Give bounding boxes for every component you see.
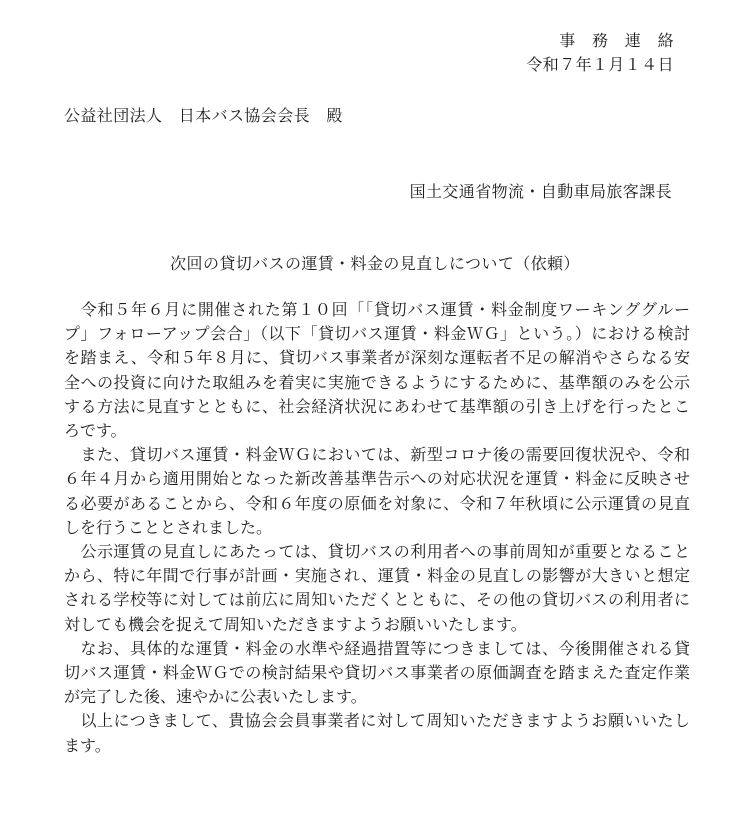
body-line: ろです。 [64,420,690,444]
body-paragraph: また、貸切バス運賃・料金ＷＧにおいては、新型コロナ後の需要回復状況や、令和６年４… [64,444,690,541]
body-line: 令和５年６月に開催された第１０回「「貸切バス運賃・料金制度ワーキンググルー [64,299,690,323]
body-paragraph: 以上につきまして、貴協会会員事業者に対して周知いただきますようお願いいたします。 [64,710,690,758]
body-paragraph: なお、具体的な運賃・料金の水準や経過措置等につきましては、今後開催される貸切バス… [64,638,690,711]
body-line: プ」フォローアップ会合」（以下「貸切バス運賃・料金ＷＧ」という。）における検討 [64,323,690,347]
body-line: なお、具体的な運賃・料金の水準や経過措置等につきましては、今後開催される貸 [64,638,690,662]
doc-date: 令和７年１月１４日 [526,54,674,78]
body-paragraph: 令和５年６月に開催された第１０回「「貸切バス運賃・料金制度ワーキンググループ」フ… [64,299,690,444]
body-line: 公示運賃の見直しにあたっては、貸切バスの利用者への事前周知が重要となること [64,541,690,565]
body-line: しを行うこととされました。 [64,517,690,541]
addressee: 公益社団法人 日本バス協会会長 殿 [64,105,343,129]
body-line: が完了した後、速やかに公表いたします。 [64,686,690,710]
doc-title: 次回の貸切バスの運賃・料金の見直しについて（依頼） [0,251,750,274]
document-page: 事 務 連 絡 令和７年１月１４日 公益社団法人 日本バス協会会長 殿 国土交通… [0,0,750,817]
body-line: を踏まえ、令和５年８月に、貸切バス事業者が深刻な運転者不足の解消やさらなる安 [64,347,690,371]
body-line: また、貸切バス運賃・料金ＷＧにおいては、新型コロナ後の需要回復状況や、令和 [64,444,690,468]
body-line: から、特に年間で行事が計画・実施され、運賃・料金の見直しの影響が大きいと想定 [64,565,690,589]
body-line: る必要があることから、令和６年度の原価を対象に、令和７年秋頃に公示運賃の見直 [64,493,690,517]
body-line: 以上につきまして、貴協会会員事業者に対して周知いただきますようお願いいたし [64,710,690,734]
doc-body: 令和５年６月に開催された第１０回「「貸切バス運賃・料金制度ワーキンググループ」フ… [64,299,690,759]
sender: 国土交通省物流・自動車局旅客課長 [410,179,672,202]
body-line: ます。 [64,735,690,759]
body-paragraph: 公示運賃の見直しにあたっては、貸切バスの利用者への事前周知が重要となることから、… [64,541,690,638]
body-line: ６年４月から適用開始となった新改善基準告示への対応状況を運賃・料金に反映させ [64,468,690,492]
body-line: 対しても機会を捉えて周知いただきますようお願いいたします。 [64,614,690,638]
body-line: される学校等に対しては前広に周知いただくとともに、その他の貸切バスの利用者に [64,589,690,613]
doc-type-label: 事 務 連 絡 [526,30,674,54]
body-line: する方法に見直すとともに、社会経済状況にあわせて基準額の引き上げを行ったとこ [64,396,690,420]
doc-header: 事 務 連 絡 令和７年１月１４日 [526,30,674,78]
body-line: 全への投資に向けた取組みを着実に実施できるようにするために、基準額のみを公示 [64,372,690,396]
body-line: 切バス運賃・料金ＷＧでの検討結果や貸切バス事業者の原価調査を踏まえた査定作業 [64,662,690,686]
